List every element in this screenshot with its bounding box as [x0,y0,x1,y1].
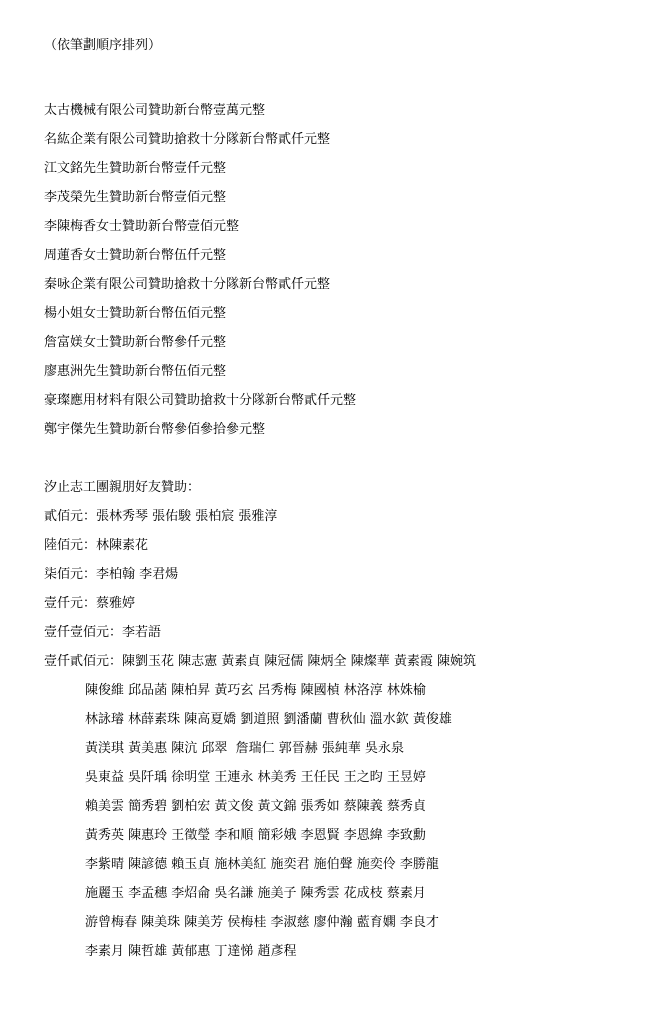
donation-names: 張林秀琴 張佑駿 張柏宸 張雅淳 [96,509,277,524]
sponsor-line: 秦咏企業有限公司贊助搶救十分隊新台幣貳仟元整 [44,270,632,299]
donation-names-continuation: 李紫晴 陳諺德 賴玉貞 施林美紅 施奕君 施伯聲 施奕伶 李勝龍 [44,850,632,879]
donation-names-continuation: 黃秀英 陳惠玲 王徵瑩 李和順 簡彩娥 李恩賢 李恩緯 李致勳 [44,821,632,850]
donation-amount: 壹仟壹佰元 [44,625,109,640]
sponsor-line: 楊小姐女士贊助新台幣伍佰元整 [44,299,632,328]
donation-amount: 柒佰元 [44,567,83,582]
donation-names: 李柏翰 李君煬 [96,567,178,582]
donation-names-continuation: 林詠璿 林薛素珠 陳高夏嬌 劉道照 劉潘蘭 曹秋仙 溫水欽 黃俊雄 [44,705,632,734]
colon-separator: ： [83,538,96,553]
donation-amount: 陸佰元 [44,538,83,553]
colon-separator: ： [83,596,96,611]
sponsor-line: 廖惠洲先生贊助新台幣伍佰元整 [44,357,632,386]
sponsor-line: 詹富媄女士贊助新台幣參仟元整 [44,328,632,357]
donation-names: 陳劉玉花 陳志憲 黃素貞 陳冠儒 陳炳全 陳燦華 黃素霞 陳婉筑 [122,654,476,669]
donation-names-continuation: 吳東益 吳阡瑀 徐明堂 王連永 林美秀 王任民 王之昀 王昱婷 [44,763,632,792]
donation-amount: 壹仟貳佰元 [44,654,109,669]
colon-separator: ： [83,509,96,524]
donation-names: 蔡雅婷 [96,596,135,611]
sponsor-line: 李茂榮先生贊助新台幣壹佰元整 [44,183,632,212]
donation-amount: 壹仟元 [44,596,83,611]
donation-names-continuation: 施麗玉 李孟穗 李炤侖 吳名謙 施美子 陳秀雲 花成枝 蔡素月 [44,879,632,908]
donation-names-continuation: 黃渼琪 黃美惠 陳沆 邱翠 詹瑞仁 郭晉赫 張純華 吳永泉 [44,734,632,763]
sort-order-note: （依筆劃順序排列） [44,31,632,60]
donation-amount: 貳佰元 [44,509,83,524]
donation-names-continuation: 賴美雲 簡秀碧 劉柏宏 黃文俊 黃文錦 張秀如 蔡陳義 蔡秀貞 [44,792,632,821]
sponsor-line: 李陳梅香女士贊助新台幣壹佰元整 [44,212,632,241]
sponsor-line: 太古機械有限公司贊助新台幣壹萬元整 [44,96,632,125]
colon-separator: ： [109,625,122,640]
colon-separator: ： [109,654,122,669]
donation-entry: 陸佰元：林陳素花 [44,531,632,560]
donation-names-continuation: 陳俊維 邱品菡 陳柏昇 黃巧玄 呂秀梅 陳國楨 林洛淳 林姝榆 [44,676,632,705]
donation-entry: 柒佰元：李柏翰 李君煬 [44,560,632,589]
donation-names-continuation: 李素月 陳哲雄 黃郁惠 丁達悌 趙彥程 [44,937,632,966]
donation-entry: 壹仟貳佰元：陳劉玉花 陳志憲 黃素貞 陳冠儒 陳炳全 陳燦華 黃素霞 陳婉筑 [44,647,632,676]
donation-names-continuation: 游曾梅春 陳美珠 陳美芳 侯梅桂 李淑慈 廖仲瀚 藍育嫻 李良才 [44,908,632,937]
sponsor-line: 周蓮香女士贊助新台幣伍仟元整 [44,241,632,270]
colon-separator: ： [83,567,96,582]
sponsor-line: 名紘企業有限公司贊助搶救十分隊新台幣貳仟元整 [44,125,632,154]
sponsor-line: 鄭宇傑先生贊助新台幣參佰參拾參元整 [44,415,632,444]
donation-entry: 貳佰元：張林秀琴 張佑駿 張柏宸 張雅淳 [44,502,632,531]
donation-names: 李若語 [122,625,161,640]
sponsor-line: 江文銘先生贊助新台幣壹仟元整 [44,154,632,183]
donation-entry: 壹仟壹佰元：李若語 [44,618,632,647]
document-page: （依筆劃順序排列） 太古機械有限公司贊助新台幣壹萬元整 名紘企業有限公司贊助搶救… [0,0,650,1018]
sponsor-line: 豪璨應用材料有限公司贊助搶救十分隊新台幣貳仟元整 [44,386,632,415]
donation-entry: 壹仟元：蔡雅婷 [44,589,632,618]
volunteer-section-title: 汐止志工團親朋好友贊助： [44,473,632,502]
donation-names: 林陳素花 [96,538,148,553]
